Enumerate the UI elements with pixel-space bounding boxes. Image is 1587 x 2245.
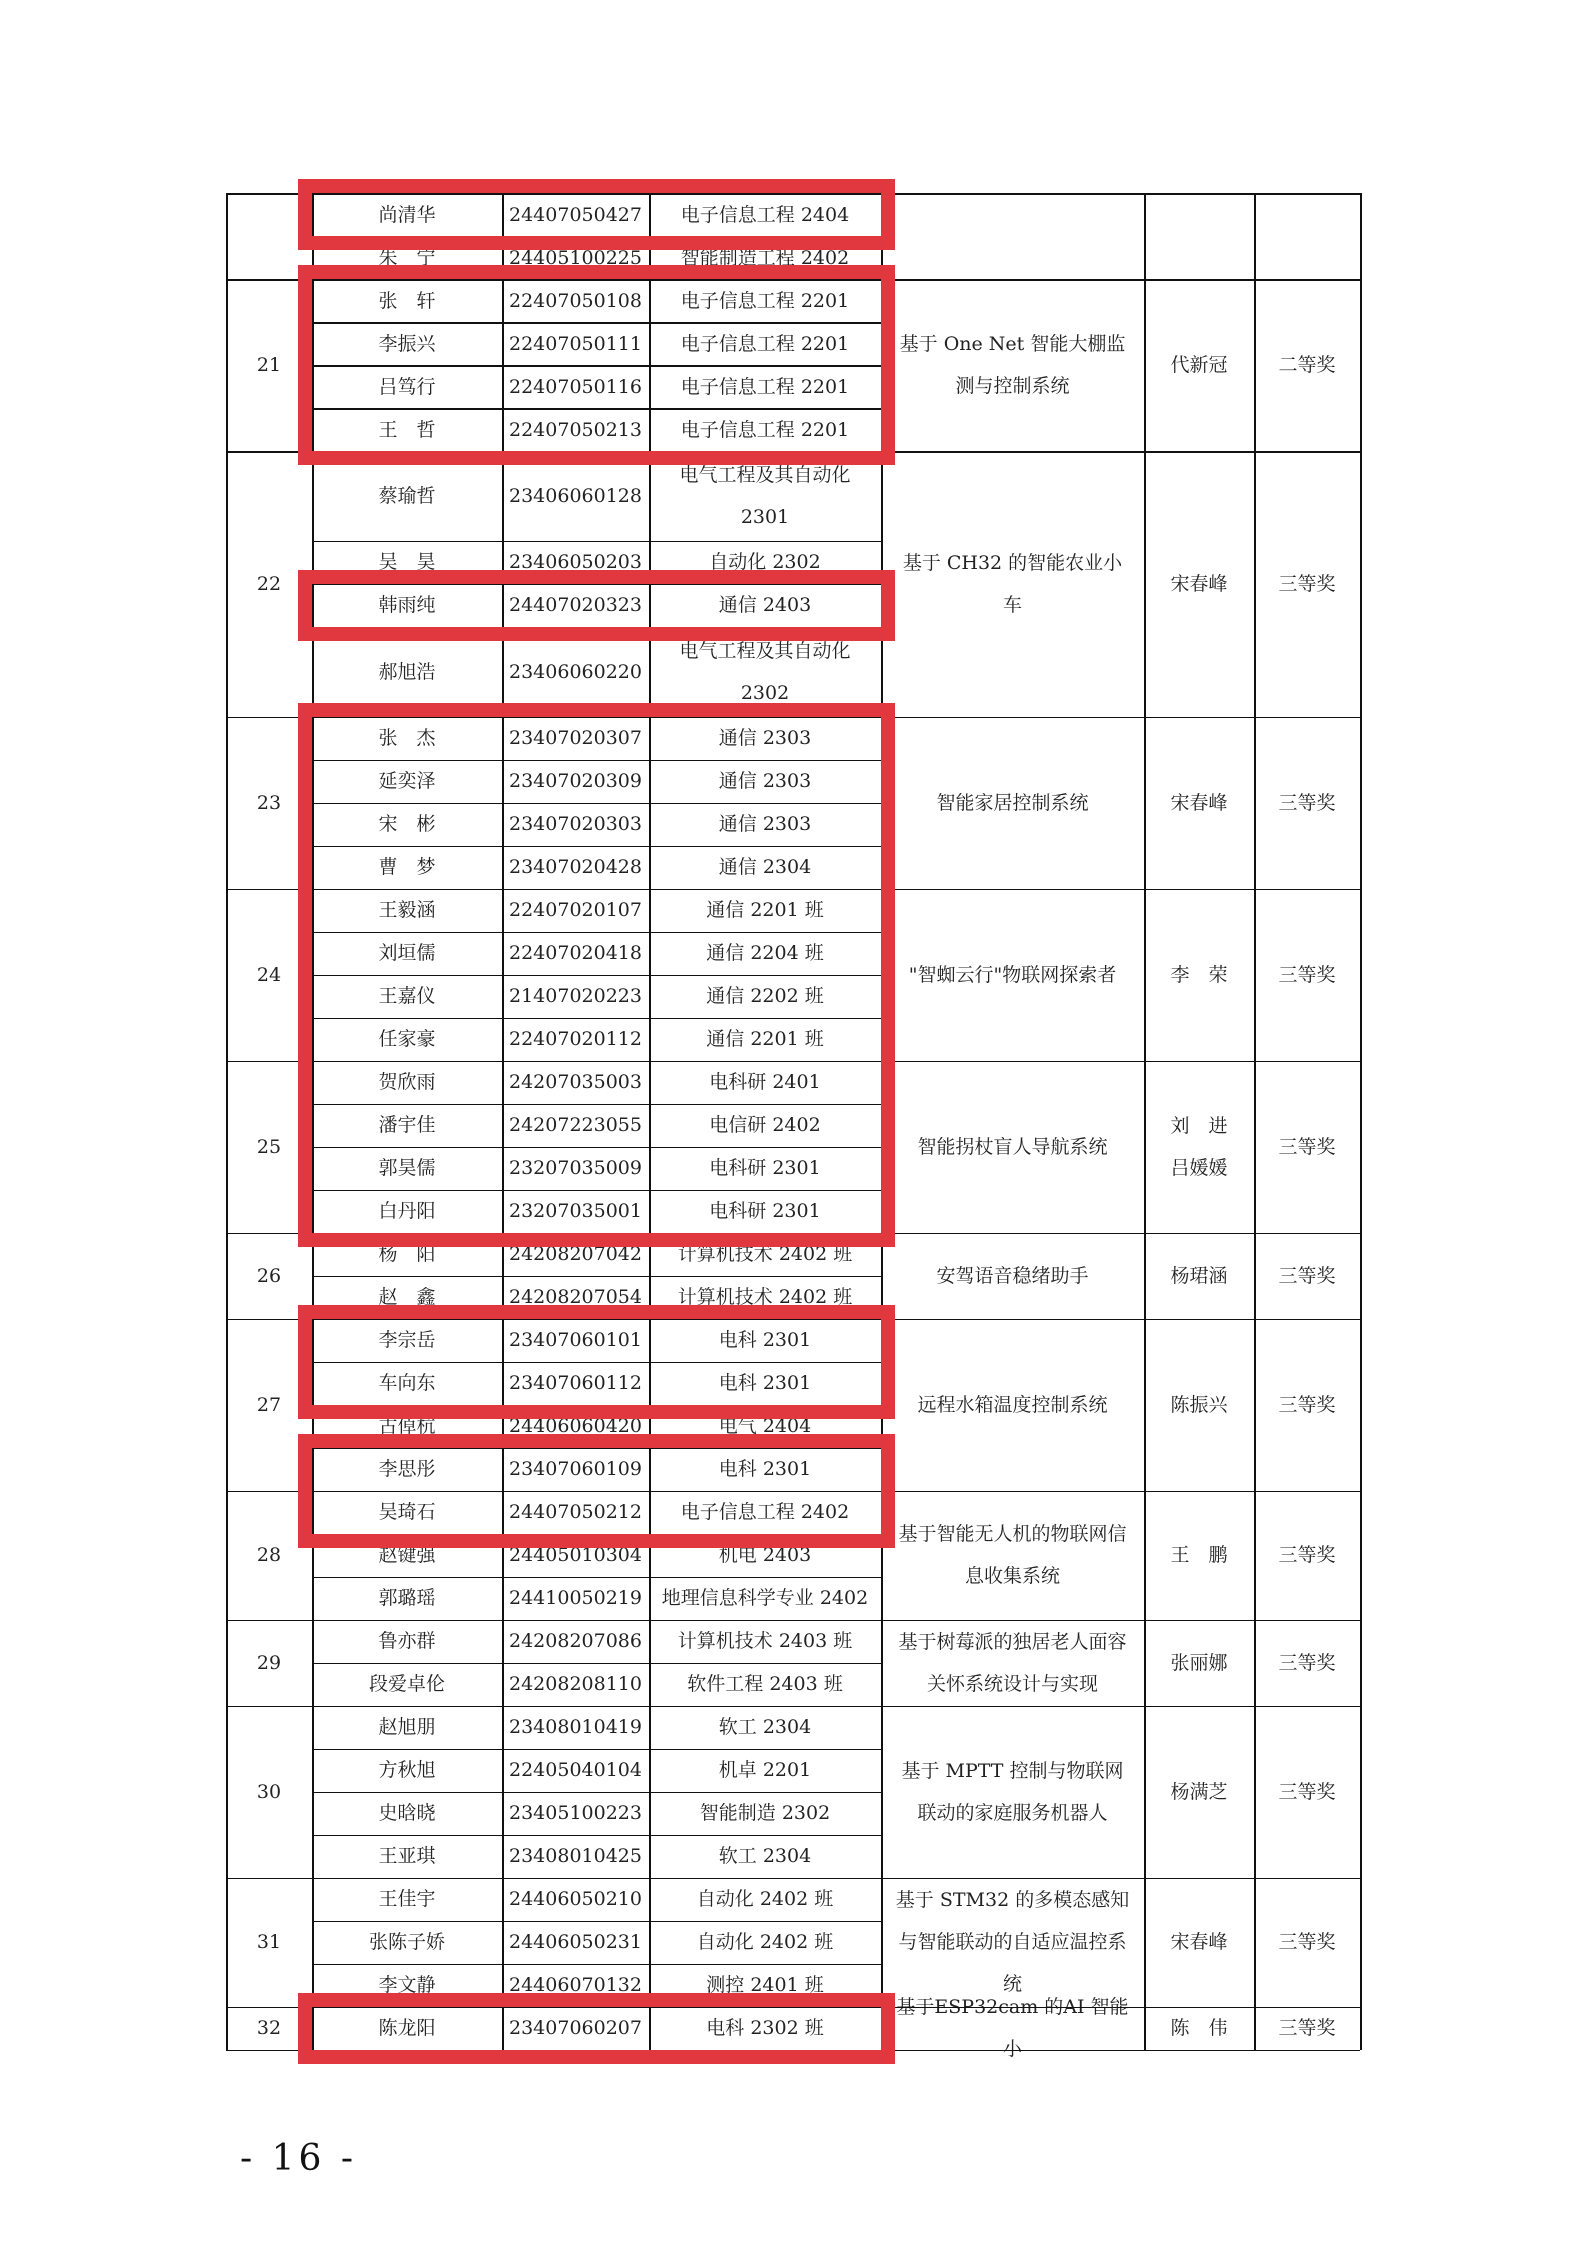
class-name: 电科 2301 <box>649 1362 881 1405</box>
grid-line <box>226 193 228 2050</box>
member-name: 赵 鑫 <box>312 1276 502 1319</box>
student-id: 23207035009 <box>502 1147 649 1190</box>
award-level: 三等奖 <box>1254 889 1360 1061</box>
class-name: 电信研 2402 <box>649 1104 881 1147</box>
member-name: 王佳宇 <box>312 1878 502 1921</box>
grid-line <box>312 541 881 543</box>
group-number: 27 <box>226 1319 312 1491</box>
advisor: 王 鹏 <box>1144 1491 1254 1620</box>
grid-line <box>312 1190 881 1192</box>
grid-line <box>312 803 881 805</box>
class-name: 软工 2304 <box>649 1706 881 1749</box>
award-level: 二等奖 <box>1254 279 1360 451</box>
grid-line <box>312 1147 881 1149</box>
student-id: 23407060109 <box>502 1448 649 1491</box>
student-id: 23407020428 <box>502 846 649 889</box>
project-title: 智能拐杖盲人导航系统 <box>881 1061 1144 1233</box>
grid-line <box>312 1921 881 1923</box>
project-title: "智蜘云行"物联网探索者 <box>881 889 1144 1061</box>
class-name: 计算机技术 2402 班 <box>649 1233 881 1276</box>
class-name: 电子信息工程 2201 <box>649 279 881 322</box>
student-id: 23207035001 <box>502 1190 649 1233</box>
grid-line <box>226 1706 1360 1708</box>
student-id: 22407020107 <box>502 889 649 932</box>
advisor: 李 荣 <box>1144 889 1254 1061</box>
class-name: 通信 2204 班 <box>649 932 881 975</box>
group-number <box>226 193 312 279</box>
grid-line <box>312 1018 881 1020</box>
class-name: 智能制造 2302 <box>649 1792 881 1835</box>
student-id: 22407050213 <box>502 408 649 451</box>
class-name: 机卓 2201 <box>649 1749 881 1792</box>
member-name: 李文静 <box>312 1964 502 2007</box>
member-name: 尚清华 <box>312 193 502 236</box>
student-id: 23406060128 <box>502 451 649 541</box>
award-level: 三等奖 <box>1254 1061 1360 1233</box>
student-id: 24405010304 <box>502 1534 649 1577</box>
student-id: 24407020323 <box>502 584 649 627</box>
class-name: 地理信息科学专业 2402 <box>649 1577 881 1620</box>
student-id: 24208207054 <box>502 1276 649 1319</box>
member-name: 王 哲 <box>312 408 502 451</box>
grid-line <box>312 932 881 934</box>
member-name: 任家豪 <box>312 1018 502 1061</box>
grid-line <box>226 1233 1360 1235</box>
grid-line <box>226 717 1360 719</box>
member-name: 陈龙阳 <box>312 2007 502 2050</box>
class-name: 通信 2201 班 <box>649 1018 881 1061</box>
member-name: 韩雨纯 <box>312 584 502 627</box>
student-id: 24406050231 <box>502 1921 649 1964</box>
student-id: 24207223055 <box>502 1104 649 1147</box>
grid-line <box>312 1534 881 1536</box>
member-name: 郭璐瑶 <box>312 1577 502 1620</box>
grid-line <box>1144 193 1146 2050</box>
advisor <box>1144 193 1254 279</box>
class-name: 通信 2303 <box>649 760 881 803</box>
member-name: 吴 昊 <box>312 541 502 584</box>
advisor: 宋春峰 <box>1144 717 1254 889</box>
grid-line <box>312 322 881 324</box>
member-name: 张 轩 <box>312 279 502 322</box>
student-id: 24208207042 <box>502 1233 649 1276</box>
award-level <box>1254 193 1360 279</box>
student-id: 22407050111 <box>502 322 649 365</box>
class-name: 通信 2202 班 <box>649 975 881 1018</box>
award-level: 三等奖 <box>1254 2007 1360 2050</box>
page-number: - 16 - <box>240 2138 357 2179</box>
student-id: 24208208110 <box>502 1663 649 1706</box>
member-name: 李振兴 <box>312 322 502 365</box>
member-name: 赵旭朋 <box>312 1706 502 1749</box>
member-name: 吴琦石 <box>312 1491 502 1534</box>
award-level: 三等奖 <box>1254 1491 1360 1620</box>
class-name: 电气工程及其自动化 2302 <box>649 627 881 717</box>
grid-line <box>312 365 881 367</box>
project-title <box>881 193 1144 279</box>
member-name: 宋 彬 <box>312 803 502 846</box>
member-name: 古倬杭 <box>312 1405 502 1448</box>
class-name: 自动化 2402 班 <box>649 1921 881 1964</box>
grid-line <box>226 1319 1360 1321</box>
group-number: 21 <box>226 279 312 451</box>
student-id: 22407050116 <box>502 365 649 408</box>
student-id: 22407020112 <box>502 1018 649 1061</box>
group-number: 24 <box>226 889 312 1061</box>
group-number: 26 <box>226 1233 312 1319</box>
group-number: 25 <box>226 1061 312 1233</box>
class-name: 通信 2201 班 <box>649 889 881 932</box>
group-number: 29 <box>226 1620 312 1706</box>
student-id: 23405100223 <box>502 1792 649 1835</box>
class-name: 电子信息工程 2404 <box>649 193 881 236</box>
student-id: 22405040104 <box>502 1749 649 1792</box>
member-name: 赵键强 <box>312 1534 502 1577</box>
advisor: 杨珺涵 <box>1144 1233 1254 1319</box>
group-number: 31 <box>226 1878 312 2007</box>
class-name: 电科研 2401 <box>649 1061 881 1104</box>
member-name: 王亚琪 <box>312 1835 502 1878</box>
grid-line <box>312 1362 881 1364</box>
student-id: 21407020223 <box>502 975 649 1018</box>
class-name: 智能制造工程 2402 <box>649 236 881 279</box>
class-name: 通信 2304 <box>649 846 881 889</box>
class-name: 计算机技术 2402 班 <box>649 1276 881 1319</box>
student-id: 22407050108 <box>502 279 649 322</box>
student-id: 24406050210 <box>502 1878 649 1921</box>
class-name: 软件工程 2403 班 <box>649 1663 881 1706</box>
member-name: 史晗晓 <box>312 1792 502 1835</box>
student-id: 23406060220 <box>502 627 649 717</box>
member-name: 郭昊儒 <box>312 1147 502 1190</box>
class-name: 机电 2403 <box>649 1534 881 1577</box>
grid-line <box>226 1061 1360 1063</box>
member-name: 李宗岳 <box>312 1319 502 1362</box>
member-name: 张陈子娇 <box>312 1921 502 1964</box>
grid-line <box>312 975 881 977</box>
member-name: 刘垣儒 <box>312 932 502 975</box>
grid-line <box>226 193 1360 195</box>
class-name: 测控 2401 班 <box>649 1964 881 2007</box>
group-number: 30 <box>226 1706 312 1878</box>
class-name: 电科研 2301 <box>649 1190 881 1233</box>
project-title: 安驾语音稳绪助手 <box>881 1233 1144 1319</box>
student-id: 24407050212 <box>502 1491 649 1534</box>
award-level: 三等奖 <box>1254 1706 1360 1878</box>
project-title: 远程水箱温度控制系统 <box>881 1319 1144 1491</box>
class-name: 电子信息工程 2201 <box>649 365 881 408</box>
grid-line <box>312 1663 881 1665</box>
member-name: 延奕泽 <box>312 760 502 803</box>
grid-line <box>312 846 881 848</box>
class-name: 电科 2302 班 <box>649 2007 881 2050</box>
grid-line <box>312 1835 881 1837</box>
grid-line <box>312 760 881 762</box>
member-name: 贺欣雨 <box>312 1061 502 1104</box>
member-name: 王毅涵 <box>312 889 502 932</box>
grid-line <box>312 1448 881 1450</box>
student-id: 23407020307 <box>502 717 649 760</box>
grid-line <box>226 1878 1360 1880</box>
advisor: 刘 进 吕媛媛 <box>1144 1061 1254 1233</box>
member-name: 蔡瑜哲 <box>312 451 502 541</box>
student-id: 24208207086 <box>502 1620 649 1663</box>
grid-line <box>312 193 314 2050</box>
grid-line <box>881 193 883 2050</box>
student-id: 24407050427 <box>502 193 649 236</box>
member-name: 李思彤 <box>312 1448 502 1491</box>
project-title: 基于树莓派的独居老人面容关怀系统设计与实现 <box>881 1620 1144 1706</box>
member-name: 潘宇佳 <box>312 1104 502 1147</box>
member-name: 郝旭浩 <box>312 627 502 717</box>
award-level: 三等奖 <box>1254 1620 1360 1706</box>
grid-line <box>312 1792 881 1794</box>
grid-line <box>226 1620 1360 1622</box>
student-id: 22407020418 <box>502 932 649 975</box>
student-id: 24406070132 <box>502 1964 649 2007</box>
class-name: 电子信息工程 2201 <box>649 408 881 451</box>
advisor: 陈 伟 <box>1144 2007 1254 2050</box>
grid-line <box>312 236 881 238</box>
award-level: 三等奖 <box>1254 1878 1360 2007</box>
grid-line <box>226 2050 1360 2052</box>
member-name: 段爱卓伦 <box>312 1663 502 1706</box>
project-title: 基于 One Net 智能大棚监测与控制系统 <box>881 279 1144 451</box>
grid-line <box>312 1276 881 1278</box>
grid-line <box>226 279 1360 281</box>
member-name: 杨 阳 <box>312 1233 502 1276</box>
grid-line <box>312 1405 881 1407</box>
award-level: 三等奖 <box>1254 717 1360 889</box>
class-name: 电气工程及其自动化 2301 <box>649 451 881 541</box>
group-number: 22 <box>226 451 312 717</box>
advisor: 宋春峰 <box>1144 451 1254 717</box>
group-number: 23 <box>226 717 312 889</box>
member-name: 白丹阳 <box>312 1190 502 1233</box>
grid-line <box>312 1577 881 1579</box>
member-name: 车向东 <box>312 1362 502 1405</box>
student-id: 23408010419 <box>502 1706 649 1749</box>
grid-line <box>226 1491 1360 1493</box>
class-name: 自动化 2402 班 <box>649 1878 881 1921</box>
grid-line <box>312 1964 881 1966</box>
student-id: 23407060101 <box>502 1319 649 1362</box>
student-id: 23407060207 <box>502 2007 649 2050</box>
grid-line <box>1360 193 1362 2050</box>
award-level: 三等奖 <box>1254 1233 1360 1319</box>
class-name: 电气 2404 <box>649 1405 881 1448</box>
grid-line <box>226 889 1360 891</box>
class-name: 电科 2301 <box>649 1319 881 1362</box>
grid-line <box>312 408 881 410</box>
student-id: 24405100225 <box>502 236 649 279</box>
advisor: 杨满芝 <box>1144 1706 1254 1878</box>
advisor: 代新冠 <box>1144 279 1254 451</box>
member-name: 鲁亦群 <box>312 1620 502 1663</box>
class-name: 通信 2403 <box>649 584 881 627</box>
grid-line <box>649 193 651 2050</box>
grid-line <box>312 584 881 586</box>
award-level: 三等奖 <box>1254 1319 1360 1491</box>
member-name: 王嘉仪 <box>312 975 502 1018</box>
class-name: 电子信息工程 2201 <box>649 322 881 365</box>
group-number: 32 <box>226 2007 312 2050</box>
grid-line <box>226 2007 1360 2009</box>
class-name: 软工 2304 <box>649 1835 881 1878</box>
student-id: 24410050219 <box>502 1577 649 1620</box>
student-id: 23408010425 <box>502 1835 649 1878</box>
award-level: 三等奖 <box>1254 451 1360 717</box>
class-name: 电科研 2301 <box>649 1147 881 1190</box>
student-id: 23407020303 <box>502 803 649 846</box>
grid-line <box>1254 193 1256 2050</box>
grid-line <box>226 451 1360 453</box>
student-id: 24406060420 <box>502 1405 649 1448</box>
member-name: 朱 宁 <box>312 236 502 279</box>
class-name: 自动化 2302 <box>649 541 881 584</box>
class-name: 通信 2303 <box>649 717 881 760</box>
advisor: 张丽娜 <box>1144 1620 1254 1706</box>
student-id: 23407060112 <box>502 1362 649 1405</box>
grid-line <box>312 1749 881 1751</box>
project-title: 智能家居控制系统 <box>881 717 1144 889</box>
member-name: 张 杰 <box>312 717 502 760</box>
grid-line <box>312 627 881 629</box>
class-name: 电子信息工程 2402 <box>649 1491 881 1534</box>
project-title: 基于 MPTT 控制与物联网联动的家庭服务机器人 <box>881 1706 1144 1878</box>
student-id: 23407020309 <box>502 760 649 803</box>
class-name: 通信 2303 <box>649 803 881 846</box>
advisor: 宋春峰 <box>1144 1878 1254 2007</box>
advisor: 陈振兴 <box>1144 1319 1254 1491</box>
grid-line <box>502 193 504 2050</box>
class-name: 计算机技术 2403 班 <box>649 1620 881 1663</box>
member-name: 方秋旭 <box>312 1749 502 1792</box>
student-id: 24207035003 <box>502 1061 649 1104</box>
class-name: 电科 2301 <box>649 1448 881 1491</box>
grid-line <box>312 1104 881 1106</box>
group-number: 28 <box>226 1491 312 1620</box>
project-title: 基于 CH32 的智能农业小车 <box>881 451 1144 717</box>
project-title: 基于智能无人机的物联网信息收集系统 <box>881 1491 1144 1620</box>
student-id: 23406050203 <box>502 541 649 584</box>
project-title: 基于ESP32cam 的AI 智能小 <box>881 2007 1144 2050</box>
member-name: 曹 梦 <box>312 846 502 889</box>
member-name: 吕笃行 <box>312 365 502 408</box>
